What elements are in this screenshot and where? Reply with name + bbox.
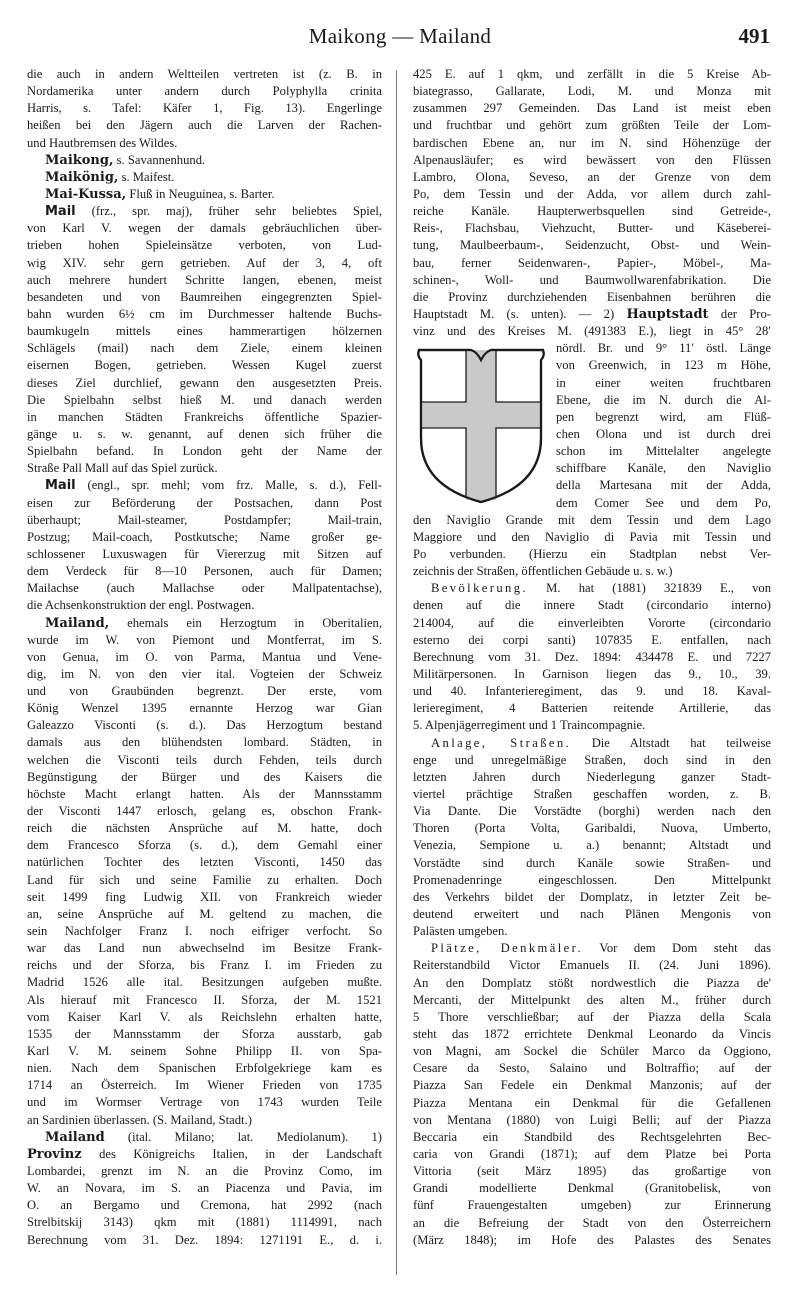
text-line: dem Comer See und dem Po, xyxy=(556,495,771,512)
text-line: bau, ferner Seidenwaren-, Papier-, Möbel… xyxy=(413,255,771,272)
entry-maikong: Maikong, s. Savannenhund. xyxy=(27,152,382,169)
text-line: von Genua, im O. von Parma, Mantua und V… xyxy=(27,649,382,666)
text-line: Thoren (Porta Volta, Garibaldi, Nuova, U… xyxy=(413,820,771,837)
text-line: gänge u. s. w. genannt, auf denen sich f… xyxy=(27,426,382,443)
text-line: letzten Jahren durch Niederlegung ganzer… xyxy=(413,769,771,786)
page-number: 491 xyxy=(739,24,771,49)
text-line: Beccaria ein Standbild des Rechtsgelehrt… xyxy=(413,1129,771,1146)
text-line: An den Domplatz stößt nordwestlich die P… xyxy=(413,975,771,992)
text-line: Postzug; Mail-coach, Postkutsche; Name g… xyxy=(27,529,382,546)
entry-text: ehemals ein Herzogtum in Oberitalien, xyxy=(109,616,382,630)
section-heading: Anlage, Straßen. xyxy=(431,736,571,750)
text-line: viertel prächtige Straßen geschaffen wor… xyxy=(413,786,771,803)
text-line: überhaupt; Mail-steamer, Postdampfer; Ma… xyxy=(27,512,382,529)
entry-mail-post: Mail (engl., spr. mehl; vom frz. Malle, … xyxy=(27,477,382,494)
text-line: O. an Bergamo und Cremona, hat 2992 (nac… xyxy=(27,1197,382,1214)
text-line: esterno dei corpi santi) 107835 E. entfa… xyxy=(413,632,771,649)
text-line: Karl V. M. seinem Sohne Philipp II. von … xyxy=(27,1043,382,1060)
text-line: vinz und des Kreises M. (491383 E.), lie… xyxy=(413,323,771,340)
lemma: Mailand, xyxy=(45,616,109,631)
text-line: Land für sich und seine Familie zu erhal… xyxy=(27,872,382,889)
text-line: sein Nachfolger Franz I. noch eifriger v… xyxy=(27,923,382,940)
text-line: eisen zur Beförderung der Postsachen, da… xyxy=(27,495,382,512)
text-line: pen begrenzt wird, am Flüß- xyxy=(556,409,771,426)
text-span: Nordamerika unter andern durch Polyphyll… xyxy=(27,84,382,98)
text-line: 5. Alpenjägerregiment und 1 Traincompagn… xyxy=(413,717,771,734)
text-line: natürlichen Tochter des letzten Visconti… xyxy=(27,854,382,871)
text-line: Mailachse (auch Mallachse oder Mallpaten… xyxy=(27,580,382,597)
text-line: Vittoria (seit März 1895) das großartige… xyxy=(413,1163,771,1180)
section-bevoelkerung: Bevölkerung. M. hat (1881) 321839 E., vo… xyxy=(413,580,771,597)
entry-mail-spiel: Mail (frz., spr. maj), früher sehr belie… xyxy=(27,203,382,220)
text-line: Nordamerika unter andern durch Polyphyll… xyxy=(27,83,382,100)
text-line: enge und unregelmäßige Straßen, doch sin… xyxy=(413,752,771,769)
text-line: Galeazzo Visconti (s. d.). Das Herzogtum… xyxy=(27,717,382,734)
text-line: trieben hohen Spieleinsätze verboten, vo… xyxy=(27,237,382,254)
text-line: wurde im W. von Piemont und Montferrat, … xyxy=(27,632,382,649)
text-line: Als hierauf mit Francesco II. Sforza, de… xyxy=(27,992,382,1009)
lemma: Maikong, xyxy=(45,153,114,168)
shield-icon xyxy=(413,346,553,506)
text-line: den Naviglio Grande mit dem Tessin und d… xyxy=(413,512,771,529)
text-line: biategrasso, Gallarate, Lodi, M. und Mon… xyxy=(413,83,771,100)
column-divider xyxy=(396,70,397,1275)
text-line: 425 E. auf 1 qkm, und zerfällt in die 5 … xyxy=(413,66,771,83)
text-line: Militärpersonen. In Garnison liegen das … xyxy=(413,666,771,683)
text-line: reich die nächsten Ansprüche auf M. hatt… xyxy=(27,820,382,837)
text-line: des Verkehrs bildet der Domplatz, in let… xyxy=(413,889,771,906)
text-line: 5 Thore verschließbar; auf der Piazza de… xyxy=(413,1009,771,1026)
text-line: Via Dante. Die Vorstädte (borghi) werden… xyxy=(413,803,771,820)
text-line: seit 1499 fing Ludwig XII. von Frankreic… xyxy=(27,889,382,906)
text-line: an, seine Ansprüche auf M. geltend zu ma… xyxy=(27,906,382,923)
sub-lemma: Hauptstadt xyxy=(626,307,708,322)
text-line: Ebene, die im N. durch die Al- xyxy=(556,392,771,409)
text-line: Piazza Mentana ein Denkmal für die Gefal… xyxy=(413,1095,771,1112)
text-span: Die Altstadt hat teilweise xyxy=(571,736,771,750)
text-line: Berechnung vom 31. Dez. 1894: 1271191 E.… xyxy=(27,1232,382,1249)
text-line: Vorstädte sind durch Kanäle sowie Straße… xyxy=(413,855,771,872)
text-line: schlossener Luxuswagen für Viererzug mit… xyxy=(27,546,382,563)
text-line: Po, dem Tessin und der Adda, vor allem d… xyxy=(413,186,771,203)
text-line: war das Land nun abwechselnd im Besitze … xyxy=(27,940,382,957)
section-heading: Plätze, Denkmäler. xyxy=(431,941,583,955)
left-column: die auch in andern Weltteilen vertreten … xyxy=(27,66,382,1249)
arms-block: nördl. Br. und 9° 11′ östl. Länge von Gr… xyxy=(413,340,771,512)
text-line: auch mehrere hundert Schritte langen, eb… xyxy=(27,272,382,289)
text-line: dem Verdeck für 8—10 Personen, auch für … xyxy=(27,563,382,580)
text-line: nien. Nach dem Spanischen Erbfolgekriege… xyxy=(27,1060,382,1077)
text-line: baumkugeln mittels eines hammerartigen h… xyxy=(27,323,382,340)
text-line: Venezia, Sempione u. a.) benannt; Altsta… xyxy=(413,837,771,854)
running-title: Maikong — Mailand xyxy=(0,24,800,49)
entry-mailand-provinz: Mailand (ital. Milano; lat. Mediolanum).… xyxy=(27,1129,382,1146)
text-line: und 40. Infanterieregiment, das 9. und 1… xyxy=(413,683,771,700)
entry-mailand-herzogtum: Mailand, ehemals ein Herzogtum in Oberit… xyxy=(27,615,382,632)
sub-lemma: Provinz xyxy=(27,1147,82,1162)
text-line: damals aus den blühendsten lombard. Städ… xyxy=(27,734,382,751)
text-line: Reis-, Flachsbau, Viehzucht, Butter- und… xyxy=(413,220,771,237)
text-line: Schlägels (mail) nach dem Ziele, einem k… xyxy=(27,340,382,357)
coat-of-arms xyxy=(413,346,553,506)
text-line: Reiterstandbild Victor Emanuels II. (24.… xyxy=(413,957,771,974)
section-anlage: Anlage, Straßen. Die Altstadt hat teilwe… xyxy=(413,735,771,752)
text-line: Straße Pall Mall auf das Spiel zurück. xyxy=(27,460,382,477)
text-line: caria von Grandi (1871); auf dem Platze … xyxy=(413,1146,771,1163)
entry-text: des Königreichs Italien, in der Landscha… xyxy=(82,1147,382,1161)
text-line: dieses Ziel durchlief, gewann den ausges… xyxy=(27,375,382,392)
text-line: an Sardinien überlassen. (S. Mailand, St… xyxy=(27,1112,382,1129)
text-line: Grandi modellierte Denkmal (Granitobelis… xyxy=(413,1180,771,1197)
text-line: von Magni, am Sockel die Schüler Marco d… xyxy=(413,1043,771,1060)
text-span: der Pro- xyxy=(709,307,771,321)
text-line: Berechnung vom 31. Dez. 1894: 434478 E. … xyxy=(413,649,771,666)
text-line: von Karl V. wegen der damals gebräuchlic… xyxy=(27,220,382,237)
text-line: König Wenzel 1395 ernannte Herzog war Gi… xyxy=(27,700,382,717)
lemma: Maikönig, xyxy=(45,170,118,185)
lemma: Mailand xyxy=(45,1130,105,1145)
text-line: und von Graubünden begrenzt. Der erste, … xyxy=(27,683,382,700)
text-line: zusammen 297 Gemeinden. Das Land ist mei… xyxy=(413,100,771,117)
text-span: Hauptstadt M. (s. unten). — 2) xyxy=(413,307,626,321)
text-line: bardischen Ebene an, nur im N. sind Höhe… xyxy=(413,135,771,152)
text-line: zeichnis der Straßen, öffentlichen Gebäu… xyxy=(413,563,771,580)
text-span: Vor dem Dom steht das xyxy=(583,941,771,955)
section-heading: Bevölkerung. xyxy=(431,581,528,595)
text-line: tung, Maulbeerbaum-, Seidenzucht, Obst- … xyxy=(413,237,771,254)
entry-text: (ital. Milano; lat. Mediolanum). 1) xyxy=(105,1130,382,1144)
text-line: Spielbahn befand. In London geht der Nam… xyxy=(27,443,382,460)
text-line: dig, im N. von den vier ital. Vogteien d… xyxy=(27,666,382,683)
text-line: chen Olona und ist durch drei xyxy=(556,426,771,443)
page-header: Maikong — Mailand 491 xyxy=(0,24,800,52)
entry-text: Fluß in Neuguinea, s. Barter. xyxy=(126,187,274,201)
text-line: Maggiore und den Naviglio di Pavia mit T… xyxy=(413,529,771,546)
text-line: 1714 an Österreich. Im Wiener Frieden vo… xyxy=(27,1077,382,1094)
entry-text: s. Savannenhund. xyxy=(114,153,206,167)
text-line: Cesare da Sesto, Salaino und Boltraffio;… xyxy=(413,1060,771,1077)
text-line: 214004, auf die einverleibten Vororte (c… xyxy=(413,615,771,632)
text-line: die Achsenkonstruktion der engl. Postwag… xyxy=(27,597,382,614)
text-line: Po verbunden. (Hierzu ein Stadtplan nebs… xyxy=(413,546,771,563)
text-line: Lombardei, grenzt im N. an die Provinz C… xyxy=(27,1163,382,1180)
text-line: schon im Mittelalter angelegte xyxy=(556,443,771,460)
text-line: Harris, s. Tafel: Käfer 1, Fig. 13). Eng… xyxy=(27,100,382,117)
text-line: die Provinz durchziehenden Eisenbahnen b… xyxy=(413,289,771,306)
text-line: und Hautbremsen des Wildes. xyxy=(27,135,382,152)
text-line: Alpenausläufer; es wird bewässert von de… xyxy=(413,152,771,169)
arms-side-text: nördl. Br. und 9° 11′ östl. Länge von Gr… xyxy=(556,340,771,511)
right-column: 425 E. auf 1 qkm, und zerfällt in die 5 … xyxy=(413,66,771,1249)
text-line: von Greenwich, in 123 m Höhe, xyxy=(556,357,771,374)
text-line: besandeten und von Baumreihen eingegrenz… xyxy=(27,289,382,306)
text-line: lerieregiment, 4 Batterien reitende Arti… xyxy=(413,700,771,717)
text-line: heißen bei den Jägern auch die Larven de… xyxy=(27,117,382,134)
subentry-provinz: Provinz des Königreichs Italien, in der … xyxy=(27,1146,382,1163)
text-line: Mercanti, der Mittelpunkt des alten M., … xyxy=(413,992,771,1009)
text-line: bahn wurden 6½ cm im Durchmesser haltend… xyxy=(27,306,382,323)
section-plaetze: Plätze, Denkmäler. Vor dem Dom steht das xyxy=(413,940,771,957)
text-line: Begünstigung der Bürger und des Kaisers … xyxy=(27,769,382,786)
entry-maikussa: Mai-Kussa, Fluß in Neuguinea, s. Barter. xyxy=(27,186,382,203)
text-line: eisernen Bogen, getrieben. Wessen Kugel … xyxy=(27,357,382,374)
text-line: deutend erweitert und nach Plänen Mengon… xyxy=(413,906,771,923)
text-line: Promenadenringe eingeschlossen. Den Mitt… xyxy=(413,872,771,889)
text-line: welchen die Visconti teils durch Fehden,… xyxy=(27,752,382,769)
entry-maikoenig: Maikönig, s. Maifest. xyxy=(27,169,382,186)
text-line: (März 1848); im Hofe des Palastes des Se… xyxy=(413,1232,771,1249)
text-line: 1535 der Mannsstamm der Sforza ausstarb,… xyxy=(27,1026,382,1043)
text-line: höchste Macht erlangt hatten. Als der Ma… xyxy=(27,786,382,803)
lemma: Mai-Kussa, xyxy=(45,187,126,202)
text-line: dem Francesco Sforza (s. d.), dem Gemahl… xyxy=(27,837,382,854)
text-line: und fruchtbar und gehört zum größten Tei… xyxy=(413,117,771,134)
text-line: der Visconti 1447 erlosch, gelang es, ob… xyxy=(27,803,382,820)
text-line: steht das 1872 errichtete Denkmal Leonar… xyxy=(413,1026,771,1043)
subentry-hauptstadt: Hauptstadt M. (s. unten). — 2) Hauptstad… xyxy=(413,306,771,323)
text-line: reiche Kanäle. Haupterwerbsquellen sind … xyxy=(413,203,771,220)
text-line: an die Befreiung der Stadt von den Öster… xyxy=(413,1215,771,1232)
text-line: Palästen umgeben. xyxy=(413,923,771,940)
text-line: denen auf die innere Stadt (circondario … xyxy=(413,597,771,614)
text-line: wig XIV. sehr gern getrieben. Auf der 3,… xyxy=(27,255,382,272)
text-line: Lambro, Olona, Seveso, an der Grenze von… xyxy=(413,169,771,186)
text-line: schiffbare Kanäle, den Naviglio xyxy=(556,460,771,477)
text-line: und im Wormser Vertrage von 1743 wurden … xyxy=(27,1094,382,1111)
text-line: in manchen Städten Frankreichs öffentlic… xyxy=(27,409,382,426)
text-line: schinen-, Woll- und Baumwollwarenfabrika… xyxy=(413,272,771,289)
lemma: Mail xyxy=(45,478,76,493)
text-line: Die Spielbahn selbst hieß M. und danach … xyxy=(27,392,382,409)
text-span: M. hat (1881) 321839 E., von xyxy=(528,581,771,595)
text-line: Strelbitskij 3143) qkm mit (1881) 111499… xyxy=(27,1214,382,1231)
entry-text: (frz., spr. maj), früher sehr beliebtes … xyxy=(76,204,382,218)
entry-text: s. Maifest. xyxy=(118,170,174,184)
text-line: della Martesana mit der Adda, xyxy=(556,477,771,494)
text-line: fünf Frauengestalten umgeben) zur Erinne… xyxy=(413,1197,771,1214)
text-line: nördl. Br. und 9° 11′ östl. Länge xyxy=(556,340,771,357)
text-line: Piazza San Fedele ein Denkmal Manzonis; … xyxy=(413,1077,771,1094)
text-line: von Mentana (1880) von Luigi Belli; auf … xyxy=(413,1112,771,1129)
entry-text: (engl., spr. mehl; vom frz. Malle, s. d.… xyxy=(76,478,382,492)
text-line: die auch in andern Weltteilen vertreten … xyxy=(27,66,382,83)
text-line: reichs und der Sforza, bis Franz I. im F… xyxy=(27,957,382,974)
text-line: Madrid 1526 alle ital. Besitzungen aufge… xyxy=(27,974,382,991)
text-line: W. an Novara, im S. an Piacenza und Pavi… xyxy=(27,1180,382,1197)
text-line: vom Kaiser Karl V. als Reichslehn erhalt… xyxy=(27,1009,382,1026)
text-line: in einer weiten fruchtbaren xyxy=(556,375,771,392)
lemma: Mail xyxy=(45,204,76,219)
